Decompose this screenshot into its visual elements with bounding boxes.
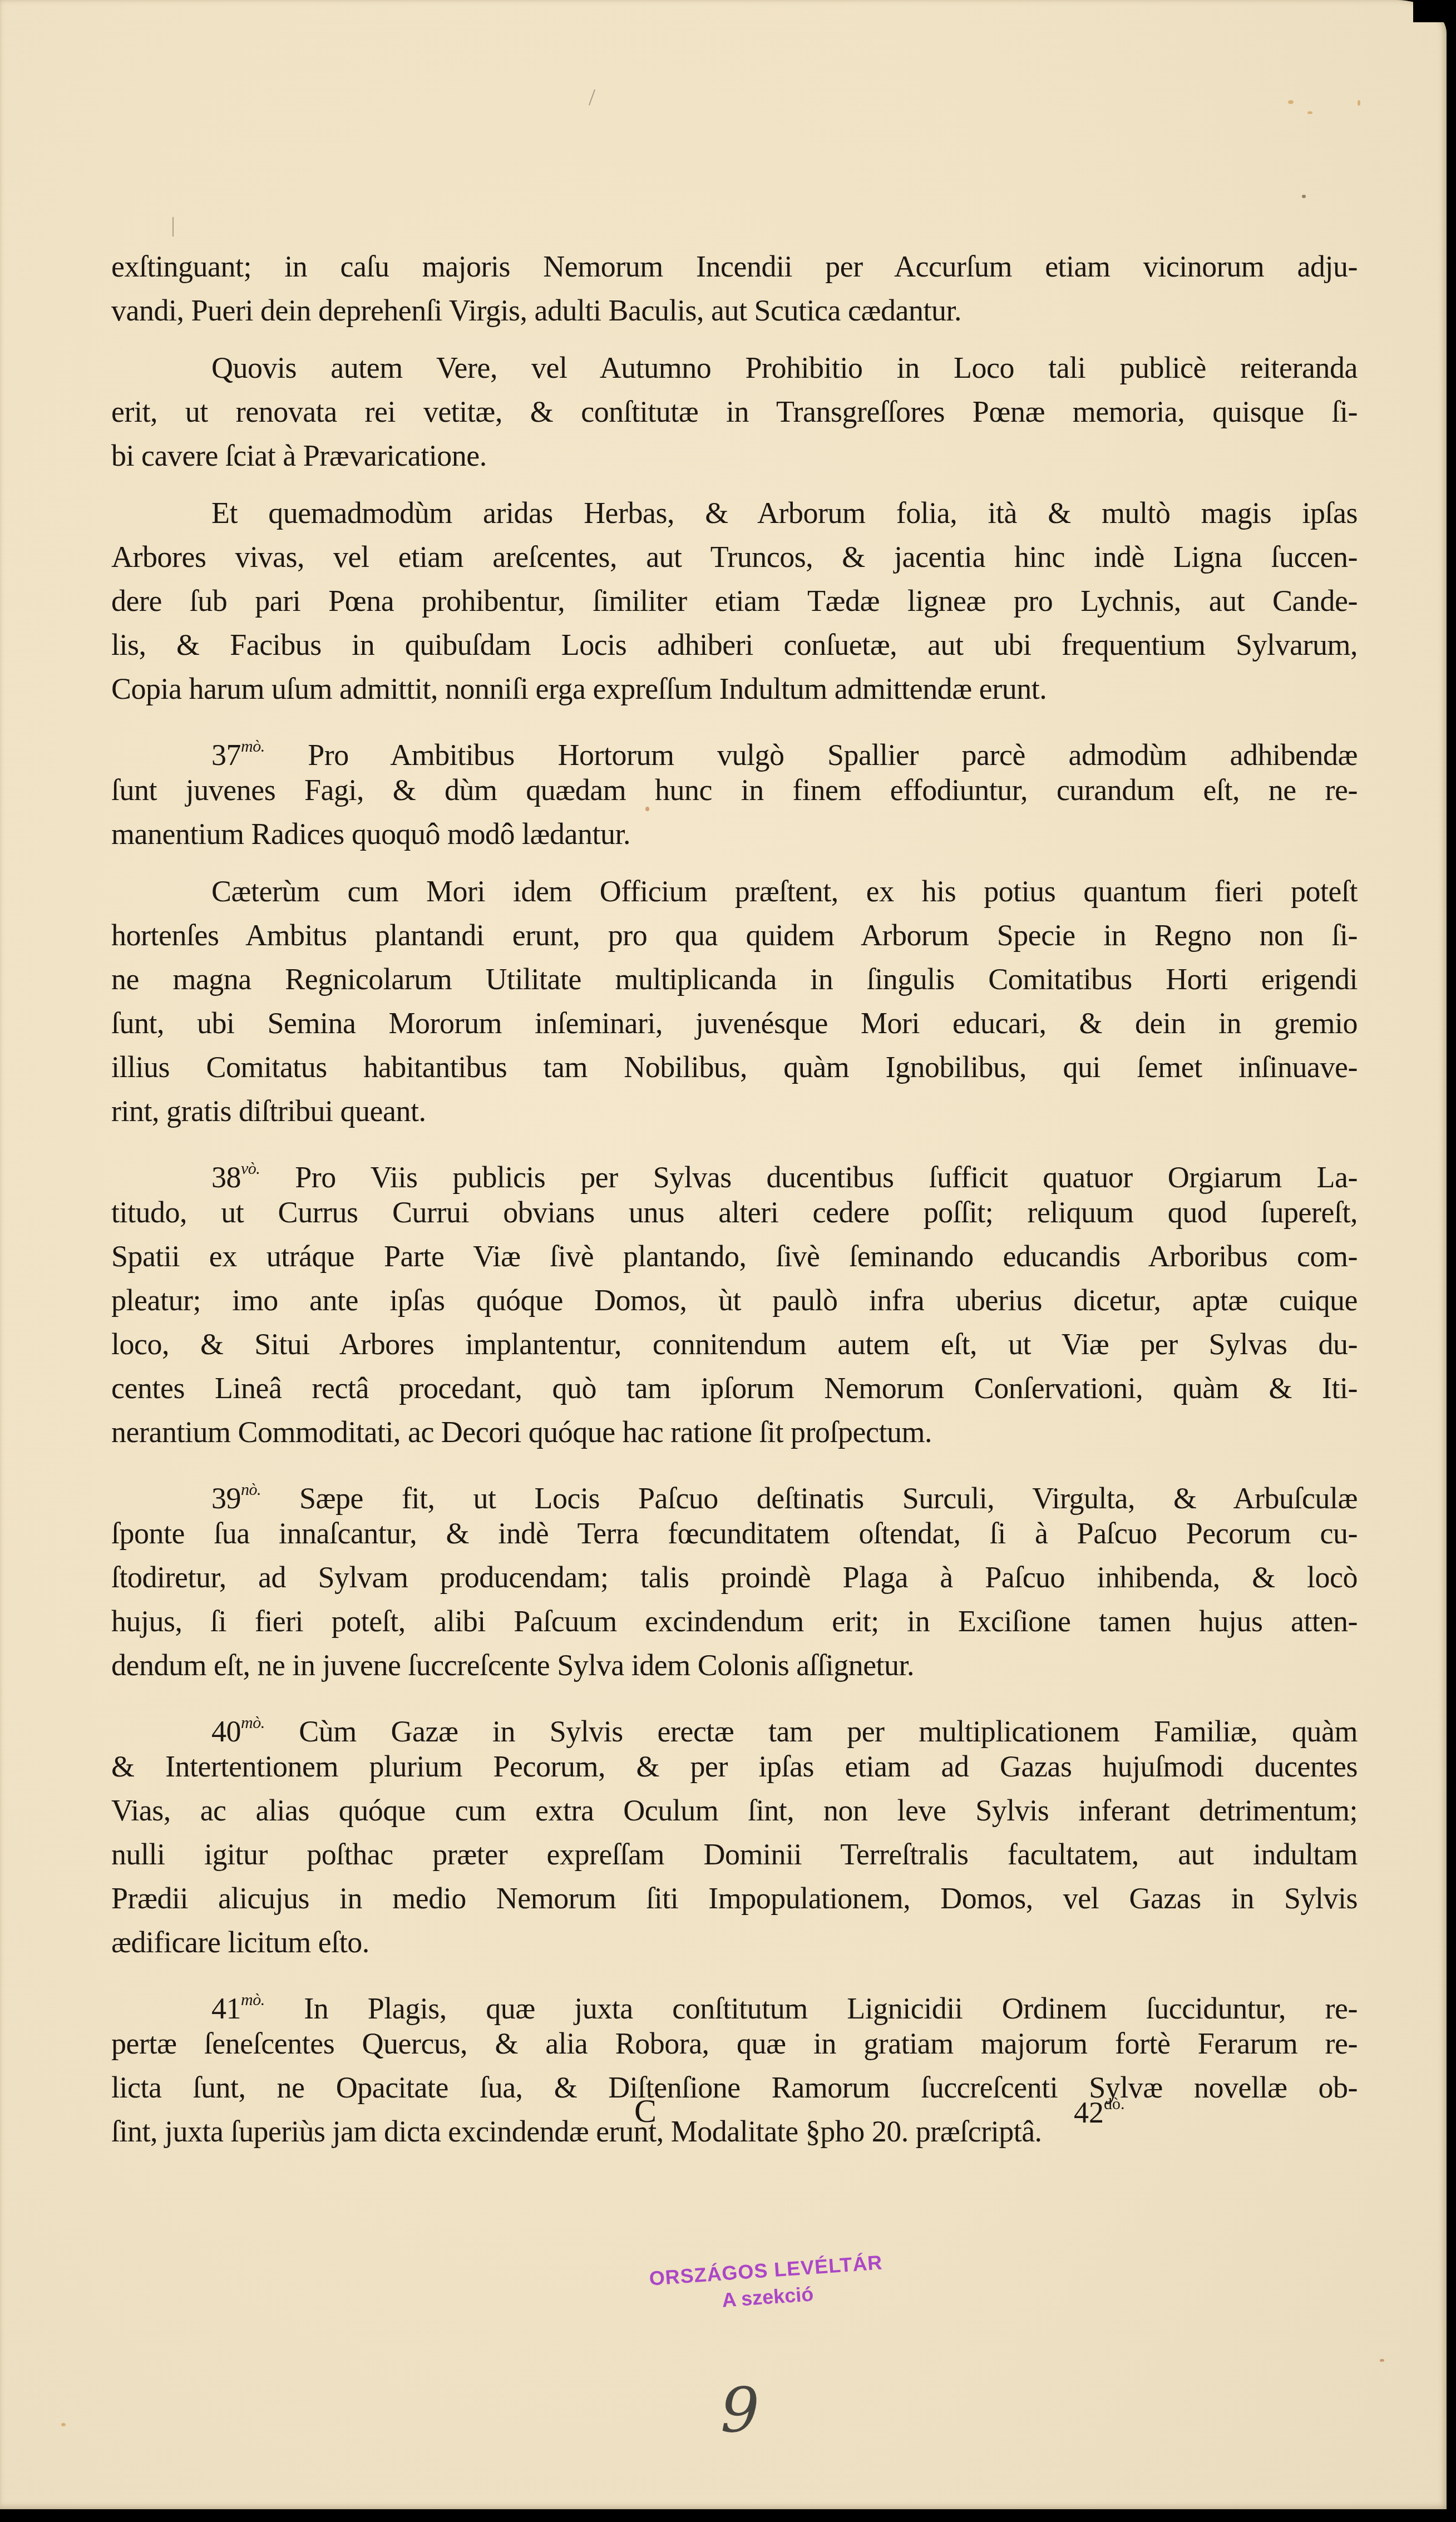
text-line: nerantium Commoditati, ac Decori quóque … [111,1410,1358,1454]
line-text: ſponte ſua innaſcantur, & indè Terra fœc… [111,1517,1358,1550]
line-text: ſunt juvenes Fagi, & dùm quædam hunc in … [111,773,1358,807]
text-line: ſponte ſua innaſcantur, & indè Terra fœc… [111,1512,1358,1556]
text-line: Et quemadmodùm aridas Herbas, & Arborum … [111,491,1358,535]
text-line: centes Lineâ rectâ procedant, quò tam ip… [111,1366,1358,1410]
line-text: licta ſunt, ne Opacitate ſua, & Diſtenſi… [111,2071,1358,2104]
line-text: ſunt, ubi Semina Mororum inſeminari, juv… [111,1006,1358,1040]
line-text: manentium Radices quoquô modô lædantur. [111,817,630,851]
catchword: 42dò. [1074,2095,1125,2130]
text-line: 40mò. Cùm Gazæ in Sylvis erectæ tam per … [111,1701,1358,1745]
line-text: rint, gratis diſtribui queant. [111,1094,426,1128]
line-text: Et quemadmodùm aridas Herbas, & Arborum … [211,496,1358,530]
line-text: titudo, ut Currus Currui obvians unus al… [111,1196,1358,1229]
text-line: Arbores vivas, vel etiam areſcentes, aut… [111,535,1358,579]
page-corner-shadow [1413,0,1447,22]
line-text: vandi, Pueri dein deprehenſi Virgis, adu… [111,294,961,327]
text-line: dere ſub pari Pœna prohibentur, ſimilite… [111,579,1358,623]
line-text: Arbores vivas, vel etiam areſcentes, aut… [111,540,1358,574]
paragraph: Et quemadmodùm aridas Herbas, & Arborum … [111,491,1358,711]
line-text: Quovis autem Vere, vel Autumno Prohibiti… [211,351,1358,384]
section-number: 37mò. [211,738,265,772]
catchword-suffix: dò. [1104,2095,1125,2113]
paper-fleck [1302,195,1306,198]
line-text: pleatur; imo ante ipſas quóque Domos, ùt… [111,1284,1358,1317]
text-line: hujus, ſi fieri poteſt, alibi Paſcuum ex… [111,1600,1358,1644]
line-text: & Intertentionem plurium Pecorum, & per … [111,1750,1358,1783]
paper-fleck [1358,100,1360,106]
text-line: loco, & Situi Arbores implantentur, conn… [111,1322,1358,1366]
text-line: ſtodiretur, ad Sylvam producendam; talis… [111,1556,1358,1600]
line-text: Prædii alicujus in medio Nemorum ſiti Im… [111,1882,1358,1915]
text-line: dendum eſt, ne in juvene ſuccreſcente Sy… [111,1644,1358,1687]
text-line: pertæ ſeneſcentes Quercus, & alia Robora… [111,2022,1358,2066]
text-line: rint, gratis diſtribui queant. [111,1089,1358,1133]
text-line: ædificare licitum eſto. [111,1921,1358,1965]
text-line: lis, & Facibus in quibuſdam Locis adhibe… [111,623,1358,667]
section-number: 40mò. [211,1715,265,1748]
line-text: Pro Ambitibus Hortorum vulgò Spallier pa… [308,738,1358,772]
section-number: 39nò. [211,1482,261,1515]
line-text: Spatii ex utráque Parte Viæ ſivè plantan… [111,1240,1358,1273]
numbered-paragraph-39: 39nò. Sæpe fit, ut Locis Paſcuo deſtinat… [111,1468,1358,1687]
text-line: ne magna Regnicolarum Utilitate multipli… [111,958,1358,1001]
text-line: Spatii ex utráque Parte Viæ ſivè plantan… [111,1235,1358,1279]
text-line: hortenſes Ambitus plantandi erunt, pro q… [111,914,1358,958]
line-text: hortenſes Ambitus plantandi erunt, pro q… [111,919,1358,952]
numbered-paragraph-41: 41mò. In Plagis, quæ juxta conſtitutum L… [111,1978,1358,2154]
line-text: illius Comitatus habitantibus tam Nobili… [111,1050,1358,1084]
text-line: ſunt, ubi Semina Mororum inſeminari, juv… [111,1001,1358,1045]
signature-mark: C [634,2092,657,2130]
paper-fleck [1288,100,1294,104]
section-number: 41mò. [211,1992,265,2025]
line-text: ſtodiretur, ad Sylvam producendam; talis… [111,1561,1358,1594]
line-text: nulli igitur poſthac præter expreſſam Do… [111,1838,1358,1871]
line-text: exſtinguant; in caſu majoris Nemorum Inc… [111,250,1358,283]
text-line: illius Comitatus habitantibus tam Nobili… [111,1045,1358,1089]
line-text: In Plagis, quæ juxta conſtitutum Lignici… [304,1992,1358,2025]
line-text: Pro Viis publicis per Sylvas ducentibus … [295,1161,1358,1194]
text-line: ſint, juxta ſuperiùs jam dicta excindend… [111,2110,1358,2154]
paper-fleck [1380,2359,1384,2362]
pen-mark [172,217,174,236]
document-page: exſtinguant; in caſu majoris Nemorum Inc… [0,0,1447,2509]
paper-fleck [61,2423,66,2426]
text-line: nulli igitur poſthac præter expreſſam Do… [111,1833,1358,1877]
text-line: erit, ut renovata rei vetitæ, & conſtitu… [111,390,1358,434]
text-line: exſtinguant; in caſu majoris Nemorum Inc… [111,245,1358,289]
line-text: centes Lineâ rectâ procedant, quò tam ip… [111,1371,1358,1405]
line-text: ſint, juxta ſuperiùs jam dicta excindend… [111,2115,1042,2148]
text-line: pleatur; imo ante ipſas quóque Domos, ùt… [111,1279,1358,1322]
line-text: Sæpe fit, ut Locis Paſcuo deſtinatis Sur… [299,1482,1358,1515]
line-text: bi cavere ſciat à Prævaricatione. [111,439,487,472]
text-line: 38vò. Pro Viis publicis per Sylvas ducen… [111,1147,1358,1191]
text-line: manentium Radices quoquô modô lædantur. [111,812,1358,856]
text-line: & Intertentionem plurium Pecorum, & per … [111,1745,1358,1789]
text-line: titudo, ut Currus Currui obvians unus al… [111,1191,1358,1235]
line-text: Copia harum uſum admittit, nonniſi erga … [111,672,1047,705]
line-text: hujus, ſi fieri poteſt, alibi Paſcuum ex… [111,1605,1358,1638]
paragraph: exſtinguant; in caſu majoris Nemorum Inc… [111,245,1358,333]
line-text: loco, & Situi Arbores implantentur, conn… [111,1327,1358,1361]
paragraph: Cæterùm cum Mori idem Officium præſtent,… [111,870,1358,1133]
line-text: erit, ut renovata rei vetitæ, & conſtitu… [111,395,1358,428]
text-line: Cæterùm cum Mori idem Officium præſtent,… [111,870,1358,914]
line-text: dere ſub pari Pœna prohibentur, ſimilite… [111,584,1358,618]
archive-stamp: ORSZÁGOS LEVÉLTÁR A szekció [648,2250,885,2317]
text-line: Vias, ac alias quóque cum extra Oculum ſ… [111,1789,1358,1833]
line-text: nerantium Commoditati, ac Decori quóque … [111,1415,932,1449]
text-line: Prædii alicujus in medio Nemorum ſiti Im… [111,1877,1358,1921]
line-text: Cæterùm cum Mori idem Officium præſtent,… [211,875,1358,908]
paragraph: Quovis autem Vere, vel Autumno Prohibiti… [111,346,1358,478]
text-line: Copia harum uſum admittit, nonniſi erga … [111,667,1358,711]
text-line: licta ſunt, ne Opacitate ſua, & Diſtenſi… [111,2066,1358,2110]
pen-mark [589,90,595,106]
line-text: Cùm Gazæ in Sylvis erectæ tam per multip… [299,1715,1358,1748]
line-text: ne magna Regnicolarum Utilitate multipli… [111,963,1358,996]
text-line: Quovis autem Vere, vel Autumno Prohibiti… [111,346,1358,390]
document-body: exſtinguant; in caſu majoris Nemorum Inc… [111,245,1358,2167]
text-line: ſunt juvenes Fagi, & dùm quædam hunc in … [111,768,1358,812]
catchword-number: 42 [1074,2096,1104,2129]
line-text: Vias, ac alias quóque cum extra Oculum ſ… [111,1794,1358,1827]
text-line: 37mò. Pro Ambitibus Hortorum vulgò Spall… [111,724,1358,768]
line-text: lis, & Facibus in quibuſdam Locis adhibe… [111,628,1358,662]
line-text: pertæ ſeneſcentes Quercus, & alia Robora… [111,2027,1358,2060]
text-line: 39nò. Sæpe fit, ut Locis Paſcuo deſtinat… [111,1468,1358,1512]
text-line: vandi, Pueri dein deprehenſi Virgis, adu… [111,289,1358,333]
text-line: 41mò. In Plagis, quæ juxta conſtitutum L… [111,1978,1358,2022]
line-text: ædificare licitum eſto. [111,1926,369,1959]
text-line: bi cavere ſciat à Prævaricatione. [111,434,1358,478]
handwritten-folio-number: 9 [720,2375,759,2446]
section-number: 38vò. [211,1161,260,1194]
line-text: dendum eſt, ne in juvene ſuccreſcente Sy… [111,1649,914,1682]
numbered-paragraph-37: 37mò. Pro Ambitibus Hortorum vulgò Spall… [111,724,1358,856]
numbered-paragraph-40: 40mò. Cùm Gazæ in Sylvis erectæ tam per … [111,1701,1358,1965]
numbered-paragraph-38: 38vò. Pro Viis publicis per Sylvas ducen… [111,1147,1358,1454]
paper-fleck [1307,111,1312,114]
